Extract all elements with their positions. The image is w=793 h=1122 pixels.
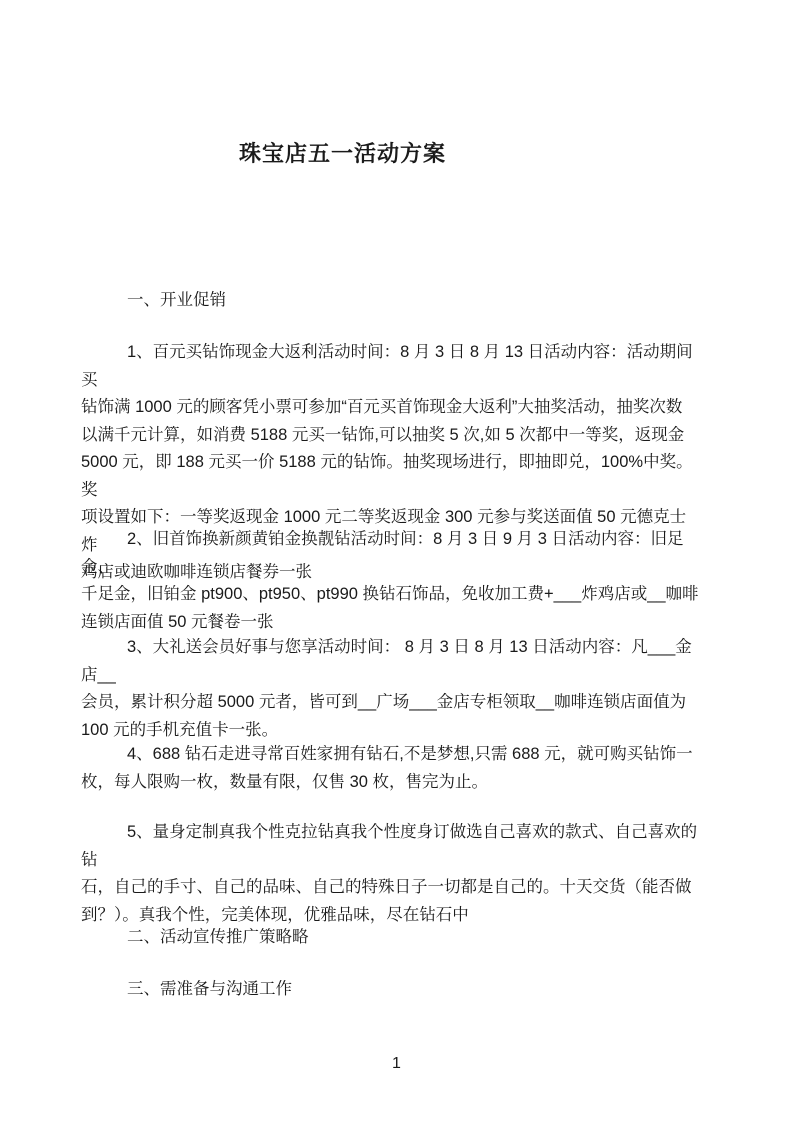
paragraph-promo-4: 4、688 钻石走进寻常百姓家拥有钻石,不是梦想,只需 688 元，就可购买钻饰… — [81, 741, 701, 796]
section-heading-2: 二、活动宣传推广策略略 — [127, 924, 309, 952]
paragraph-promo-3: 3、大礼送会员好事与您享活动时间： 8 月 3 日 8 月 13 日活动内容：凡… — [81, 634, 701, 744]
document-title: 珠宝店五一活动方案 — [0, 139, 685, 169]
section-heading-1: 一、开业促销 — [127, 287, 226, 315]
page-number: 1 — [0, 1052, 793, 1076]
paragraph-promo-5: 5、量身定制真我个性克拉钻真我个性度身订做选自己喜欢的款式、自己喜欢的钻 石，自… — [81, 819, 701, 929]
paragraph-promo-2: 2、旧首饰换新颜黄铂金换靓钻活动时间：8 月 3 日 9 月 3 日活动内容：旧… — [81, 526, 701, 636]
section-heading-3: 三、需准备与沟通工作 — [127, 976, 292, 1004]
document-page: 珠宝店五一活动方案 一、开业促销 1、百元买钻饰现金大返利活动时间：8 月 3 … — [0, 0, 793, 1122]
